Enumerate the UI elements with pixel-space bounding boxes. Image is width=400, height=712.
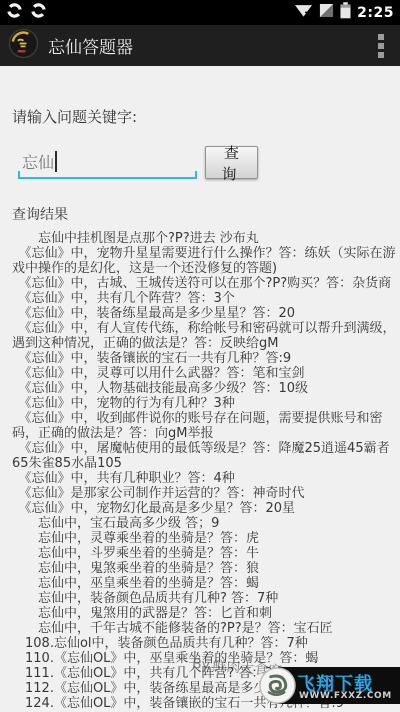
sync-icon [6,2,23,23]
result-line: 遇到这种情况，正确的做法是？答：反映给gM [12,336,396,351]
result-line: 《忘仙》中，灵尊可以用什么武器？答：笔和宝剑 [12,366,396,381]
result-line: 戏中操作的是幻化，这是一个还没修复的答题) [12,261,396,276]
result-line: 《忘仙》中，收到邮件说你的账号存在问题，需要提供账号和密 [12,411,396,426]
app-title: 忘仙答题器 [48,33,133,58]
result-line: 忘仙中，千年古城不能修装备的?P?是？答：宝石匠 [12,621,396,636]
result-line: 《忘仙》中，宠物的行为有几种？3种 [12,396,396,411]
result-line: 《忘仙》中，共有几种职业？答：4种 [12,471,396,486]
status-bar: 2:25 [0,0,400,25]
clock: 2:25 [357,5,394,21]
app-icon [8,28,39,63]
keyword-label: 请输入问题关键字: [12,106,137,127]
result-line: 忘仙中，宝石最高多少级 答；9 [12,516,396,531]
no-signal-icon [319,3,334,22]
result-line: 108.忘仙ol中，装备颜色品质共有几种？答：7种 [12,636,396,651]
result-line: 码，正确的做法是？答：向gM举报 [12,426,396,441]
result-line: 《忘仙》中，屠魔帖使用的最低等级是？答：降魔25逍遥45霸者 [12,441,396,456]
result-line: 《忘仙》中，共有几个阵营？答：3个 [12,291,396,306]
action-bar: 忘仙答题器 [0,25,400,66]
query-button[interactable]: 查询 [205,146,258,179]
sync-icon [30,2,47,23]
result-line: 忘仙中，装备颜色品质共有几种? 答：7种 [12,591,396,606]
result-line: 《忘仙》中，装备练星最高是多少星星？答：20 [12,306,396,321]
results-header: 查询结果 [12,204,68,224]
text-cursor [55,151,57,172]
status-bar-notifications [6,2,47,23]
site-watermark: 飞翔下载 WWW.FXXZ.COM [276,667,400,704]
result-line: 忘仙中，鬼煞乘坐着的坐骑是？答：狼 [12,561,396,576]
result-line: 《忘仙》是那家公司制作并运营的？答：神奇时代 [12,486,396,501]
result-line: 忘仙中，斗罗乘坐着的坐骑是？答：牛 [12,546,396,561]
result-line: 《忘仙》中，宠物升星星需要进行什么操作？答：练妖（实际在游 [12,246,396,261]
results-list[interactable]: 忘仙中挂机图是点那个?P?进去 沙布丸 《忘仙》中，宠物升星星需要进行什么操作？… [12,231,396,712]
result-line: 《忘仙》中，装备镶嵌的宝石一共有几种？答:9 [12,351,396,366]
result-line: 忘仙中，鬼煞用的武器是？答：匕首和刺 [12,606,396,621]
keyword-input[interactable]: 忘仙 [18,146,197,179]
result-line: 忘仙中，灵尊乘坐着的坐骑是？答：虎 [12,531,396,546]
keyword-input-value: 忘仙 [18,150,54,173]
result-line: 《忘仙》中，宠物幻化最高是多少星？答：20星 [12,501,396,516]
wifi-off-icon [294,2,313,23]
result-line: 忘仙中，巫皇乘坐着的坐骑是？答：蝎 [12,576,396,591]
result-line: 《忘仙》中，古城、王城传送符可以在那个?P?购买？答：杂货商 [12,276,396,291]
result-line: 《忘仙》中，有人宣传代练，称给帐号和密码就可以帮升到满级， [12,321,396,336]
dove-logo-icon [259,667,296,704]
result-line: 65朱雀85水晶105 [12,456,396,471]
app-screen: 2:25 忘仙答题器 请输入问题关键字: 忘仙 查询 查询结果 忘仙中挂机图是点… [0,0,400,712]
battery-icon [340,2,351,23]
site-url: WWW.FXXZ.COM [299,691,392,701]
status-bar-system: 2:25 [294,2,394,23]
overflow-menu-icon[interactable] [370,28,392,64]
result-line: 《忘仙》中，人物基础技能最高多少级？答：10级 [12,381,396,396]
result-line: 忘仙中挂机图是点那个?P?进去 沙布丸 [12,231,396,246]
